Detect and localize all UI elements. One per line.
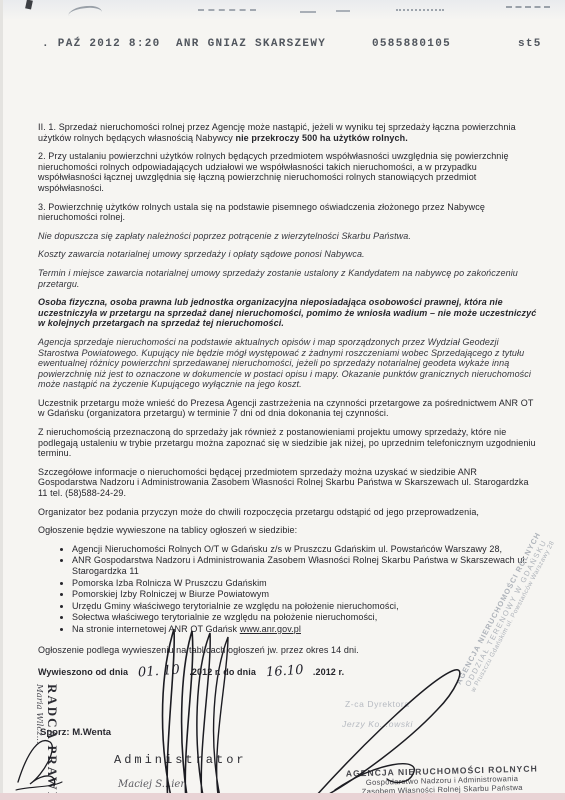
posted-label-mid: .2012 r. do dnia [189,667,256,677]
fax-header: . PAŹ 2012 8:20 ANR GNIAZ SKARSZEWY 0585… [0,38,565,54]
paragraph: Agencja sprzedaje nieruchomości na podst… [38,337,538,390]
text-segment: Koszty zawarcia notarialnej umowy sprzed… [38,249,365,259]
text-segment: Pomorska Izba Rolnicza W Pruszczu Gdańsk… [72,578,267,588]
paragraph: Osoba fizyczna, osoba prawna lub jednost… [38,297,538,329]
bullet-intro: Ogłoszenie będzie wywieszone na tablicy … [38,525,538,536]
handwritten-date-to: 16.10 [265,666,303,679]
text-segment: Osoba fizyczna, osoba prawna lub jednost… [38,297,536,328]
handwritten-date-from: 01. 10 [137,666,180,679]
paragraph: Organizator bez podania przyczyn może do… [38,507,538,518]
paragraph: 2. Przy ustalaniu powierzchni użytków ro… [38,151,538,193]
scan-artifact [336,10,350,12]
scan-artifact [396,9,444,11]
text-segment: Pomorskiej Izby Rolniczej w Biurze Powia… [72,589,269,599]
deputy-director-name: Jerzy Ko...owski [342,719,413,729]
document-body: II. 1. Sprzedaż nieruchomości rolnej prz… [38,122,538,686]
legal-counsel-title: RADCA PRAWNY [44,684,60,800]
text-segment: Organizator bez podania przyczyn może do… [38,507,479,517]
scan-artifact [506,6,550,8]
paragraph: Termin i miejsce zawarcia notarialnej um… [38,268,538,289]
scan-left-edge [0,0,3,800]
paragraph: Uczestnik przetargu może wnieść do Preze… [38,398,538,419]
paragraph: 3. Powierzchnię użytków rolnych ustala s… [38,202,538,223]
list-item: Pomorska Izba Rolnicza W Pruszczu Gdańsk… [72,578,538,589]
paragraph: Szczegółowe informacje o nieruchomości b… [38,467,538,499]
scan-artifact [300,11,316,13]
text-segment: 2. Przy ustalaniu powierzchni użytków ro… [38,151,509,193]
paragraph-container: II. 1. Sprzedaż nieruchomości rolnej prz… [38,122,538,517]
administrator-title: Administrator [114,753,247,767]
posted-label-from: Wywieszono od dnia [38,667,128,677]
fax-sender: ANR GNIAZ SKARSZEWY [176,38,326,50]
posted-label-end: .2012 r. [313,667,344,677]
text-segment: www.anr.gov.pl [240,624,301,634]
paragraph: II. 1. Sprzedaż nieruchomości rolnej prz… [38,122,538,143]
legal-counsel-name: Maria Wilcz... [34,684,44,800]
list-item: ANR Gospodarstwa Nadzoru i Administrowan… [72,555,538,576]
text-segment: Termin i miejsce zawarcia notarialnej um… [38,268,518,289]
text-segment: Sołectwa właściwego terytorialnie ze wzg… [72,612,377,622]
list-item: Na stronie internetowej ANR OT Gdańsk ww… [72,624,538,635]
text-segment: ANR Gospodarstwa Nadzoru i Administrowan… [72,555,527,576]
paragraph: Koszty zawarcia notarialnej umowy sprzed… [38,249,538,260]
announcement-locations-list: Agencji Nieruchomości Rolnych O/T w Gdań… [38,544,538,635]
list-item: Urzędu Gminy właściwego terytorialnie ze… [72,601,538,612]
scanned-document-page: . PAŹ 2012 8:20 ANR GNIAZ SKARSZEWY 0585… [0,0,565,800]
text-segment: Uczestnik przetargu może wnieść do Preze… [38,398,533,419]
text-segment: Urzędu Gminy właściwego terytorialnie ze… [72,601,399,611]
text-segment: Szczegółowe informacje o nieruchomości b… [38,467,529,498]
text-segment: nie przekroczy 500 ha użytków rolnych. [235,133,407,143]
list-item: Agencji Nieruchomości Rolnych O/T w Gdań… [72,544,538,555]
paragraph: Nie dopuszcza się zapłaty należności pop… [38,231,538,242]
text-segment: Na stronie internetowej ANR OT Gdańsk [72,624,240,634]
legal-counsel-stamp: RADCA PRAWNY Maria Wilcz... [34,684,60,800]
scan-artifact [198,9,256,11]
list-item: Pomorskiej Izby Rolniczej w Biurze Powia… [72,589,538,600]
paragraph: Z nieruchomością przeznaczoną do sprzeda… [38,427,538,459]
deputy-director-title: Z-ca Dyrektora [345,699,410,709]
fax-number: 0585880105 [372,38,451,50]
list-item: Sołectwa właściwego terytorialnie ze wzg… [72,612,538,623]
text-segment: Agencja sprzedaje nieruchomości na podst… [38,337,531,389]
text-segment: Agencji Nieruchomości Rolnych O/T w Gdań… [72,544,502,554]
text-segment: Z nieruchomością przeznaczoną do sprzeda… [38,427,536,458]
scan-bottom-edge [0,793,565,800]
text-segment: Nie dopuszcza się zapłaty należności pop… [38,231,411,241]
posting-duration-note: Ogłoszenie podlega wywieszeniu na tablic… [38,645,538,656]
agency-corner-stamp: AGENCJA NIERUCHOMOŚCI ROLNYCH Gospodarst… [322,763,563,797]
fax-datetime: . PAŹ 2012 8:20 [42,38,161,50]
text-segment: 3. Powierzchnię użytków rolnych ustala s… [38,202,485,223]
fax-page-indicator: st5 [518,38,542,50]
administrator-name: Maciej S...ier [118,779,185,790]
